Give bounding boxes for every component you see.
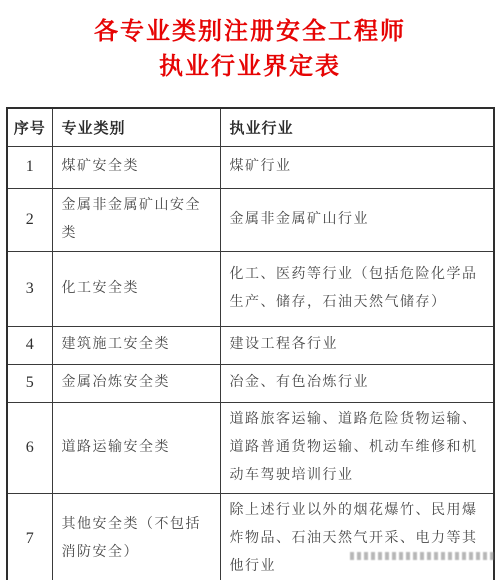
table-row: 3 化工安全类 化工、医药等行业（包括危险化学品生产、储存，石油天然气储存） — [7, 251, 494, 326]
cell-no: 6 — [7, 402, 52, 493]
cell-industry: 除上述行业以外的烟花爆竹、民用爆炸物品、石油天然气开采、电力等其他行业 — [220, 493, 494, 580]
cell-category: 金属冶炼安全类 — [52, 364, 220, 402]
cell-category: 煤矿安全类 — [52, 146, 220, 188]
table-row: 1 煤矿安全类 煤矿行业 — [7, 146, 494, 188]
cell-category: 道路运输安全类 — [52, 402, 220, 493]
cell-category: 其他安全类（不包括消防安全） — [52, 493, 220, 580]
cell-industry: 煤矿行业 — [220, 146, 494, 188]
cell-no: 7 — [7, 493, 52, 580]
cell-industry: 金属非金属矿山行业 — [220, 188, 494, 251]
industry-definition-table: 序号 专业类别 执业行业 1 煤矿安全类 煤矿行业 2 金属非金属矿山安全类 金… — [6, 107, 495, 580]
cell-industry: 建设工程各行业 — [220, 326, 494, 364]
cell-industry: 道路旅客运输、道路危险货物运输、道路普通货物运输、机动车维修和机动车驾驶培训行业 — [220, 402, 494, 493]
cell-no: 3 — [7, 251, 52, 326]
title-line-2: 执业行业界定表 — [159, 53, 341, 80]
table-row: 7 其他安全类（不包括消防安全） 除上述行业以外的烟花爆竹、民用爆炸物品、石油天… — [7, 493, 494, 580]
table-row: 4 建筑施工安全类 建设工程各行业 — [7, 326, 494, 364]
cell-category: 建筑施工安全类 — [52, 326, 220, 364]
watermark-smudge — [350, 552, 494, 560]
table-row: 6 道路运输安全类 道路旅客运输、道路危险货物运输、道路普通货物运输、机动车维修… — [7, 402, 494, 493]
cell-category: 化工安全类 — [52, 251, 220, 326]
cell-no: 2 — [7, 188, 52, 251]
document-page: 各专业类别注册安全工程师 执业行业界定表 序号 专业类别 执业行业 1 煤矿安全… — [0, 0, 500, 580]
cell-category: 金属非金属矿山安全类 — [52, 188, 220, 251]
cell-no: 5 — [7, 364, 52, 402]
cell-industry: 化工、医药等行业（包括危险化学品生产、储存，石油天然气储存） — [220, 251, 494, 326]
title-line-1: 各专业类别注册安全工程师 — [94, 18, 406, 45]
cell-no: 1 — [7, 146, 52, 188]
column-header-no: 序号 — [7, 108, 52, 146]
column-header-industry: 执业行业 — [220, 108, 494, 146]
table-header-row: 序号 专业类别 执业行业 — [7, 108, 494, 146]
page-title: 各专业类别注册安全工程师 执业行业界定表 — [0, 14, 500, 84]
column-header-category: 专业类别 — [52, 108, 220, 146]
cell-no: 4 — [7, 326, 52, 364]
table-row: 2 金属非金属矿山安全类 金属非金属矿山行业 — [7, 188, 494, 251]
cell-industry: 冶金、有色冶炼行业 — [220, 364, 494, 402]
table-row: 5 金属冶炼安全类 冶金、有色冶炼行业 — [7, 364, 494, 402]
